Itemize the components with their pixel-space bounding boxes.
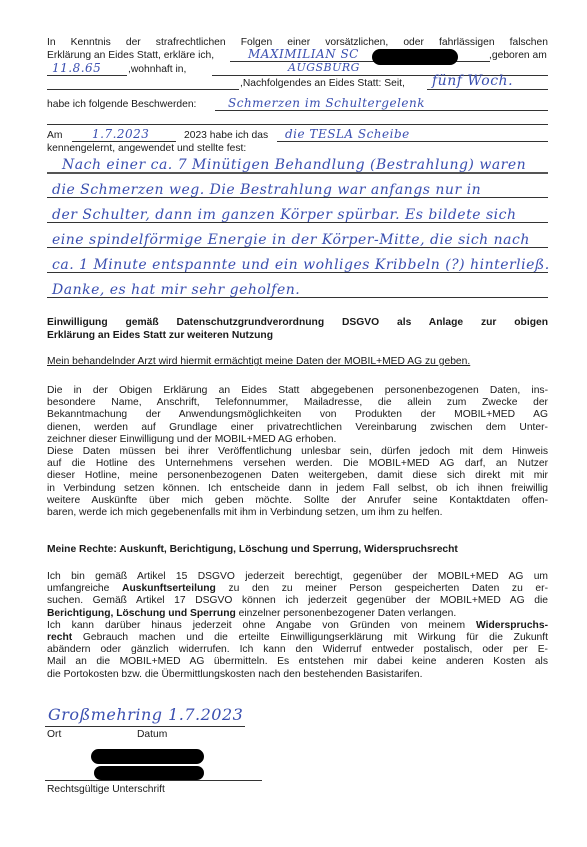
- paragraph-line: abändern oder gänzlich widerrufen. Ich k…: [47, 644, 548, 656]
- handwritten-since: fünf Woch.: [432, 74, 513, 88]
- findings-line: [47, 272, 548, 273]
- bold-term: Berichtigung, Löschung und Sperrung: [47, 608, 236, 619]
- datum-label: Datum: [137, 729, 167, 741]
- rights-paragraph: Ich bin gemäß Artikel 15 DSGVO jederzeit…: [47, 571, 548, 681]
- consent-paragraph-1: Die in der Obigen Erklärung an Eides Sta…: [47, 385, 548, 446]
- findings-line: [47, 247, 548, 248]
- paragraph-line: weitere Auskünfte über mich geben möchte…: [47, 495, 548, 507]
- complaints-field-line: [215, 110, 548, 111]
- doctor-authorization: Mein behandelnder Arzt wird hiermit ermä…: [47, 356, 470, 368]
- redaction-signature-2: [94, 766, 204, 780]
- bold-term: recht: [47, 632, 72, 643]
- findings-line: [47, 297, 548, 298]
- paragraph-line: baren, werde ich mich gegebenenfalls mit…: [47, 507, 548, 519]
- paragraph-line: umfangreiche Auskunftserteilung zu den z…: [47, 583, 548, 595]
- ort-label: Ort: [47, 729, 61, 741]
- paragraph-line: suchen. Gemäß Artikel 17 DSGVO können ic…: [47, 595, 548, 607]
- text-run: umfangreiche: [47, 583, 122, 594]
- handwritten-place-date: Großmehring 1.7.2023: [48, 708, 243, 722]
- redaction-surname: [372, 49, 458, 65]
- paragraph-line: Berichtigung, Löschung und Sperrung einz…: [47, 608, 548, 620]
- consent-heading: Einwilligung gemäß Datenschutzgrundveror…: [47, 317, 548, 329]
- handwritten-name: MAXIMILIAN SC: [248, 47, 359, 61]
- consent-heading-2: Erklärung an Eides Statt zur weiteren Nu…: [47, 330, 273, 342]
- rights-heading: Meine Rechte: Auskunft, Berichtigung, Lö…: [47, 544, 458, 556]
- product-field-line: [277, 141, 548, 142]
- signature-label: Rechtsgültige Unterschrift: [47, 784, 165, 796]
- findings-line: [47, 172, 548, 174]
- findings-line: [47, 222, 548, 223]
- handwritten-finding-line: die Schmerzen weg. Die Bestrahlung war a…: [52, 183, 481, 197]
- text-run: einzelner personenbezogener Daten verlan…: [236, 608, 456, 619]
- paragraph-line: die Portokosten bzw. die Übermittlungsko…: [47, 669, 548, 681]
- handwritten-birthdate: 11.8.65: [52, 61, 101, 75]
- birth-label: ,geboren am: [489, 50, 547, 62]
- findings-line: [47, 197, 548, 198]
- handwritten-date: 1.7.2023: [92, 127, 149, 141]
- paragraph-line: recht Gebrauch machen und die erteilte E…: [47, 632, 548, 644]
- consent-paragraph-2: Diese Daten müssen bei ihrer Veröffentli…: [47, 446, 548, 519]
- handwritten-finding-line: eine spindelförmige Energie in der Körpe…: [52, 233, 530, 247]
- year-label: 2023 habe ich das: [184, 130, 268, 142]
- paragraph-line: Ich bin gemäß Artikel 15 DSGVO jederzeit…: [47, 571, 548, 583]
- paragraph-line: besondere Name, Anschrift, Telefonnummer…: [47, 397, 548, 409]
- complaints-field-line-2: [47, 124, 548, 125]
- text-run: zu den zu meiner Person gespeicherten Da…: [216, 583, 548, 594]
- birthdate-field-line: [47, 75, 127, 76]
- bold-term: Widerspruchs-: [476, 620, 548, 631]
- bold-term: Auskunftserteilung: [122, 583, 216, 594]
- handwritten-city: AUGSBURG: [288, 61, 360, 75]
- handwritten-finding-line: der Schulter, dann im ganzen Körper spür…: [52, 208, 516, 222]
- paragraph-line: auf die Hotline des Unternehmens versehe…: [47, 458, 548, 470]
- paragraph-line: dieser Hotline, meine personenbezogenen …: [47, 470, 548, 482]
- paragraph-line: Mail an die MOBIL+MED AG übermitteln. Es…: [47, 656, 548, 668]
- paragraph-line: in Verbindung setzen können. Ich entsche…: [47, 483, 548, 495]
- paragraph-line: dienen, werden auf Grundlage einer priva…: [47, 422, 548, 434]
- residence-label: ,wohnhaft in,: [128, 64, 186, 76]
- text-run: Ich kann darüber hinaus jederzeit ohne A…: [47, 620, 476, 631]
- signature-line: [45, 780, 262, 781]
- date-field-line: [72, 141, 176, 142]
- handwritten-complaints: Schmerzen im Schultergelenk: [228, 96, 425, 110]
- handwritten-finding-line: Danke, es hat mir sehr geholfen.: [52, 283, 300, 297]
- handwritten-finding-line: ca. 1 Minute entspannte und ein wohliges…: [52, 258, 550, 272]
- address-field-line: [47, 89, 239, 90]
- paragraph-line: Bekanntmachung der Anwendungsmöglichkeit…: [47, 409, 548, 421]
- paragraph-line: Ich kann darüber hinaus jederzeit ohne A…: [47, 620, 548, 632]
- since-field-line: [427, 89, 548, 90]
- place-date-line: [45, 726, 245, 727]
- paragraph-line: zeichner dieser Einwilligung und der MOB…: [47, 434, 548, 446]
- redaction-signature-1: [91, 749, 204, 764]
- document-page: In Kenntnis der strafrechtlichen Folgen …: [0, 0, 587, 847]
- text-run: Gebrauch machen und die erteilte Einwill…: [72, 632, 548, 643]
- findings-label: kennengelernt, angewendet und stellte fe…: [47, 143, 246, 155]
- handwritten-finding-line: Nach einer ca. 7 Minütigen Behandlung (B…: [62, 158, 526, 172]
- am-label: Am: [47, 130, 62, 142]
- complaints-label: habe ich folgende Beschwerden:: [47, 99, 196, 111]
- paragraph-line: Die in der Obigen Erklärung an Eides Sta…: [47, 385, 548, 397]
- handwritten-product: die TESLA Scheibe: [285, 127, 410, 141]
- paragraph-line: Diese Daten müssen bei ihrer Veröffentli…: [47, 446, 548, 458]
- since-label: ,Nachfolgendes an Eides Statt: Seit,: [240, 78, 405, 90]
